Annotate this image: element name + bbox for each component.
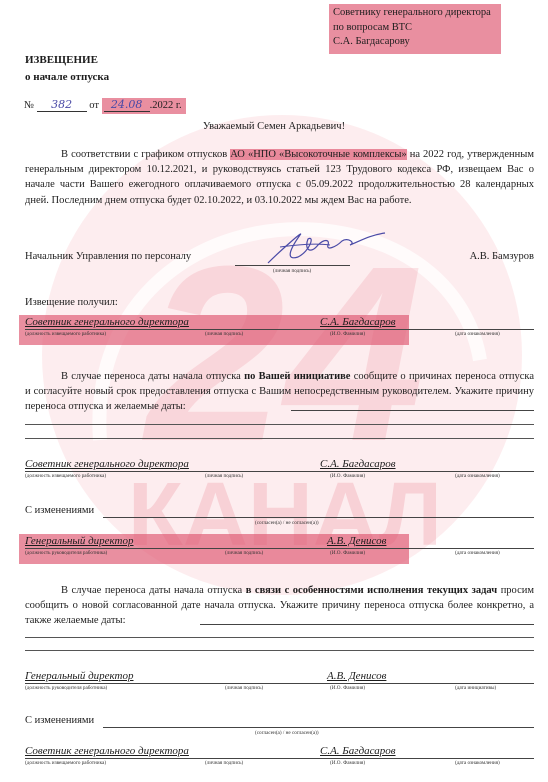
- employee-reason-field-1[interactable]: [291, 410, 534, 411]
- caption-sign: (личная подпись): [225, 550, 263, 556]
- changes-caption: (согласен(а) / не согласен(а)): [255, 730, 319, 736]
- number-prefix: №: [24, 100, 34, 111]
- caption-position: (должность руководителя работника): [25, 685, 107, 691]
- caption-position: (должность извещаемого работника): [25, 473, 106, 479]
- addressee-line-3: С.А. Багдасарову: [333, 35, 501, 50]
- caption-date: (дата ознакомления): [455, 473, 500, 479]
- caption-sign: (личная подпись): [205, 760, 243, 766]
- changes-caption: (согласен(а) / не согласен(а)): [255, 520, 319, 526]
- document-number: 382: [37, 98, 87, 112]
- document-number-line: № 382 от 24.08.2022 г.: [24, 98, 186, 112]
- received-signature-row: Советник генерального директора С.А. Баг…: [25, 316, 534, 344]
- caption-date: (дата ознакомления): [455, 331, 500, 337]
- changes-label: С изменениями: [25, 715, 94, 726]
- caption-name: (И.О. Фамилия): [330, 331, 365, 337]
- employer-reason-field-1[interactable]: [200, 624, 534, 625]
- caption-sign: (личная подпись): [205, 473, 243, 479]
- title-main: ИЗВЕЩЕНИЕ: [25, 52, 109, 69]
- caption-position: (должность руководителя работника): [25, 550, 107, 556]
- employee-manager-row: Генеральный директор А.В. Денисов (должн…: [25, 535, 534, 563]
- changes-field[interactable]: [103, 517, 534, 518]
- caption-name: (И.О. Фамилия): [330, 550, 365, 556]
- employer-changes-row: С изменениями (согласен(а) / не согласен…: [25, 715, 534, 741]
- organization-name: АО «НПО «Высокоточные комплексы»: [230, 149, 406, 160]
- received-label: Извещение получил:: [25, 297, 534, 308]
- hr-signature-row: Начальник Управления по персоналу (лична…: [25, 251, 534, 281]
- manager-position: Генеральный директор: [25, 535, 134, 547]
- body-paragraph: В соответствии с графиком отпусков АО «Н…: [25, 147, 534, 208]
- changes-label: С изменениями: [25, 505, 94, 516]
- caption-name: (И.О. Фамилия): [330, 473, 365, 479]
- caption-position: (должность извещаемого работника): [25, 760, 106, 766]
- caption-name: (И.О. Фамилия): [330, 760, 365, 766]
- employer-reason-field-2[interactable]: [25, 637, 534, 638]
- caption-date: (дата ознакомления): [455, 760, 500, 766]
- manager-name: А.В. Денисов: [327, 535, 386, 547]
- document-title: ИЗВЕЩЕНИЕ о начале отпуска: [25, 52, 109, 86]
- addressee-line-1: Советнику генерального директора: [333, 6, 501, 21]
- addressee-line-2: по вопросам ВТС: [333, 21, 501, 36]
- greeting: Уважаемый Семен Аркадьевич!: [0, 121, 548, 132]
- employee-position: Советник генерального директора: [25, 458, 189, 470]
- caption-name: (И.О. Фамилия): [330, 685, 365, 691]
- employer-reason-field-3[interactable]: [25, 650, 534, 651]
- caption-date: (дата инициативы): [455, 685, 496, 691]
- received-name: С.А. Багдасаров: [320, 316, 396, 328]
- employer-employee-row: Советник генерального директора С.А. Баг…: [25, 745, 534, 773]
- employee-initiative-paragraph: В случае переноса даты начала отпуска по…: [25, 369, 534, 415]
- employee-position: Советник генерального директора: [25, 745, 189, 757]
- employer-manager-row: Генеральный директор А.В. Денисов (должн…: [25, 670, 534, 698]
- hr-position: Начальник Управления по персоналу: [25, 251, 191, 262]
- employee-changes-row: С изменениями (согласен(а) / не согласен…: [25, 505, 534, 531]
- caption-date: (дата ознакомления): [455, 550, 500, 556]
- employee-reason-field-2[interactable]: [25, 424, 534, 425]
- addressee-block: Советнику генерального директора по вопр…: [329, 4, 501, 54]
- employee-name: С.А. Багдасаров: [320, 745, 396, 757]
- manager-name: А.В. Денисов: [327, 670, 386, 682]
- date-prefix: от: [89, 100, 99, 111]
- employee-name: С.А. Багдасаров: [320, 458, 396, 470]
- manager-position: Генеральный директор: [25, 670, 134, 682]
- handwritten-signature-icon: [260, 221, 390, 269]
- hr-name: А.В. Бамзуров: [470, 251, 534, 262]
- received-position: Советник генерального директора: [25, 316, 189, 328]
- caption-sign: (личная подпись): [205, 331, 243, 337]
- caption-sign: (личная подпись): [225, 685, 263, 691]
- changes-field[interactable]: [103, 727, 534, 728]
- employee-reason-field-3[interactable]: [25, 438, 534, 439]
- title-sub: о начале отпуска: [25, 69, 109, 86]
- employer-initiative-paragraph: В случае переноса даты начала отпуска в …: [25, 583, 534, 629]
- document-date: 24.08.2022 г.: [102, 98, 186, 114]
- caption-position: (должность извещаемого работника): [25, 331, 106, 337]
- employee-signature-row: Советник генерального директора С.А. Баг…: [25, 458, 534, 486]
